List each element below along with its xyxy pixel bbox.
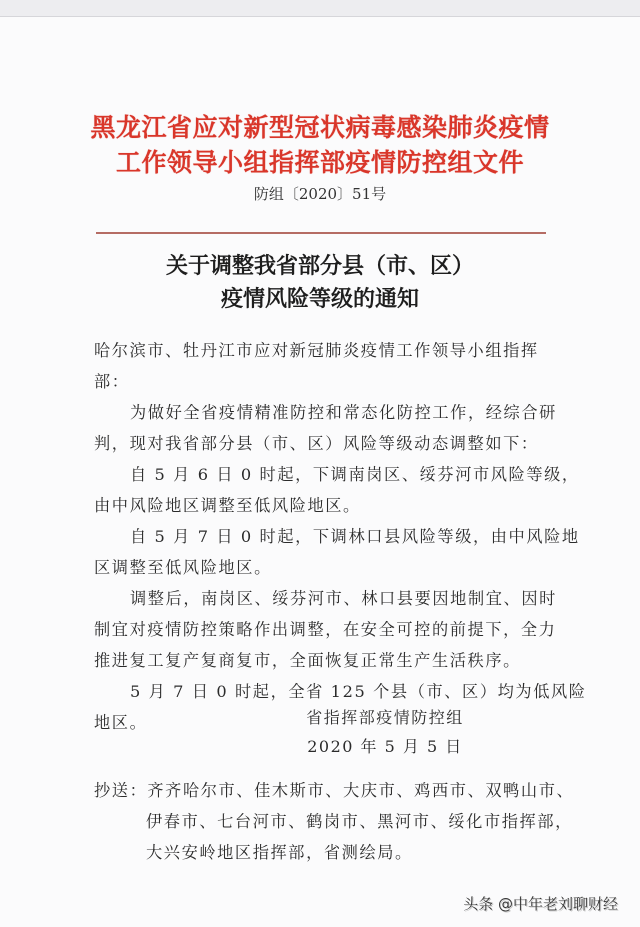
signature-date: 2020 年 5 月 5 日 xyxy=(0,734,640,757)
para2-line2: 由中风险地区调整至低风险地区。 xyxy=(94,490,554,521)
para1-line2: 判，现对我省部分县（市、区）风险等级动态调整如下： xyxy=(94,428,554,459)
para4-line3: 推进复工复产复商复市，全面恢复正常生产生活秩序。 xyxy=(94,645,554,676)
cc-label: 抄送： xyxy=(94,781,147,800)
para4-line2: 制宜对疫情防控策略作出调整，在安全可控的前提下，全力 xyxy=(94,614,554,645)
notice-body: 哈尔滨市、牡丹江市应对新冠肺炎疫情工作领导小组指挥 部： 为做好全省疫情精准防控… xyxy=(94,335,554,738)
para4-line1: 调整后，南岗区、绥芬河市、林口县要因地制宜、因时 xyxy=(94,583,554,614)
header-divider xyxy=(96,232,546,234)
top-band xyxy=(0,0,640,17)
cc-list: 抄送：齐齐哈尔市、佳木斯市、大庆市、鸡西市、双鸭山市、 伊春市、七台河市、鹤岗市… xyxy=(94,775,554,868)
para1-line1: 为做好全省疫情精准防控和常态化防控工作，经综合研 xyxy=(94,397,554,428)
document-number: 防组〔2020〕51号 xyxy=(0,183,640,204)
notice-title-line1: 关于调整我省部分县（市、区） xyxy=(0,249,640,280)
addressee-line2: 部： xyxy=(94,366,554,397)
para2-line1: 自 5 月 6 日 0 时起，下调南岗区、绥芬河市风险等级， xyxy=(94,459,554,490)
signature-issuer: 省指挥部疫情防控组 xyxy=(0,705,640,728)
notice-title-line2: 疫情风险等级的通知 xyxy=(0,282,640,313)
addressee-line1: 哈尔滨市、牡丹江市应对新冠肺炎疫情工作领导小组指挥 xyxy=(94,335,554,366)
red-header-line1: 黑龙江省应对新型冠状病毒感染肺炎疫情 xyxy=(0,108,640,144)
source-watermark: 头条 @中年老刘聊财经 xyxy=(463,893,618,914)
para3-line2: 区调整至低风险地区。 xyxy=(94,552,554,583)
para5-line1: 5 月 7 日 0 时起，全省 125 个县（市、区）均为低风险 xyxy=(94,676,554,707)
cc-line2: 伊春市、七台河市、鹤岗市、黑河市、绥化市指挥部， xyxy=(94,806,554,837)
red-header-line2: 工作领导小组指挥部疫情防控组文件 xyxy=(0,143,640,179)
cc-line1: 抄送：齐齐哈尔市、佳木斯市、大庆市、鸡西市、双鸭山市、 xyxy=(94,775,554,806)
para3-line1: 自 5 月 7 日 0 时起，下调林口县风险等级，由中风险地 xyxy=(94,521,554,552)
cc-line3: 大兴安岭地区指挥部，省测绘局。 xyxy=(94,837,554,868)
